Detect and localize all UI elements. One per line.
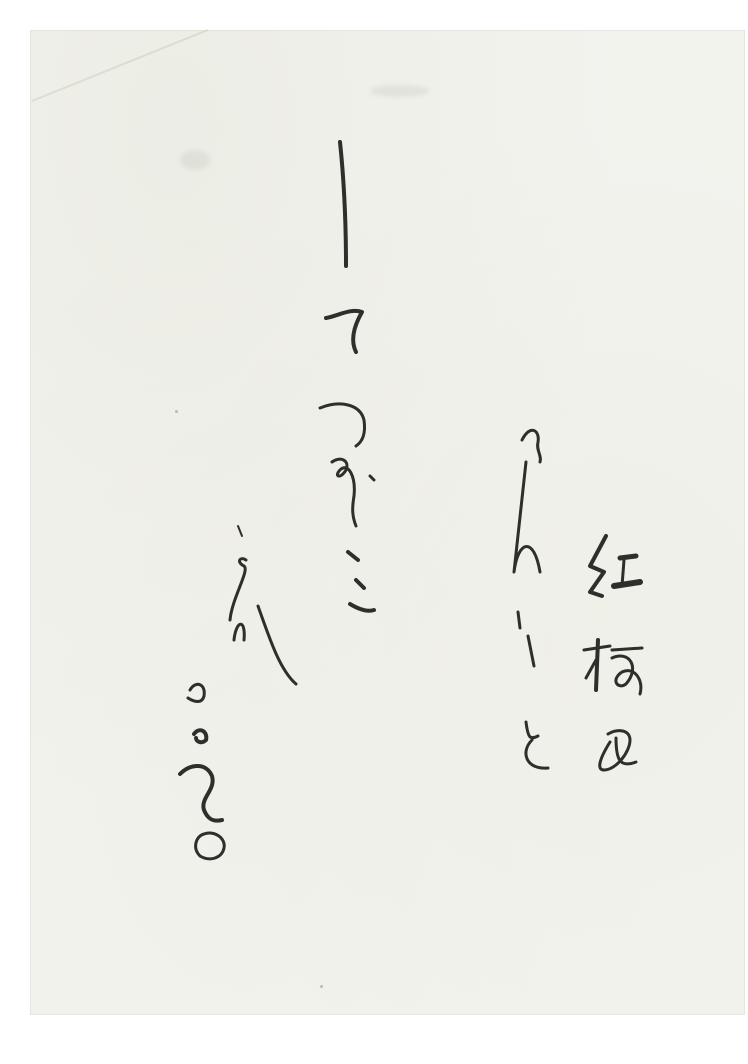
char-tsu [320,404,365,446]
char-bai [584,640,642,694]
char-sa [238,526,242,536]
char-re [230,559,246,640]
char-to-2 [180,766,222,821]
column-2-rin-i-to [514,430,548,768]
char-ri [522,430,540,462]
char-re-tail [258,606,296,684]
char-te [326,311,362,352]
char-no-2 [196,833,225,859]
char-kou [590,536,640,596]
scanned-page: 紅梅の りんいと してつなこ され のみとの [0,0,748,1064]
column-3-shi-te-tsu-na-ko [320,142,374,611]
column-1-kobai-no [584,536,642,770]
char-mi [194,730,206,742]
char-na [332,459,374,526]
char-ko [348,552,374,611]
char-no-1 [188,684,204,701]
calligraphy-ink [0,0,748,1064]
column-4-sare-nomitono [180,526,296,859]
char-no [600,731,636,770]
char-n [514,462,540,572]
char-i [518,612,534,666]
char-shi [340,142,346,266]
char-to [526,722,548,768]
